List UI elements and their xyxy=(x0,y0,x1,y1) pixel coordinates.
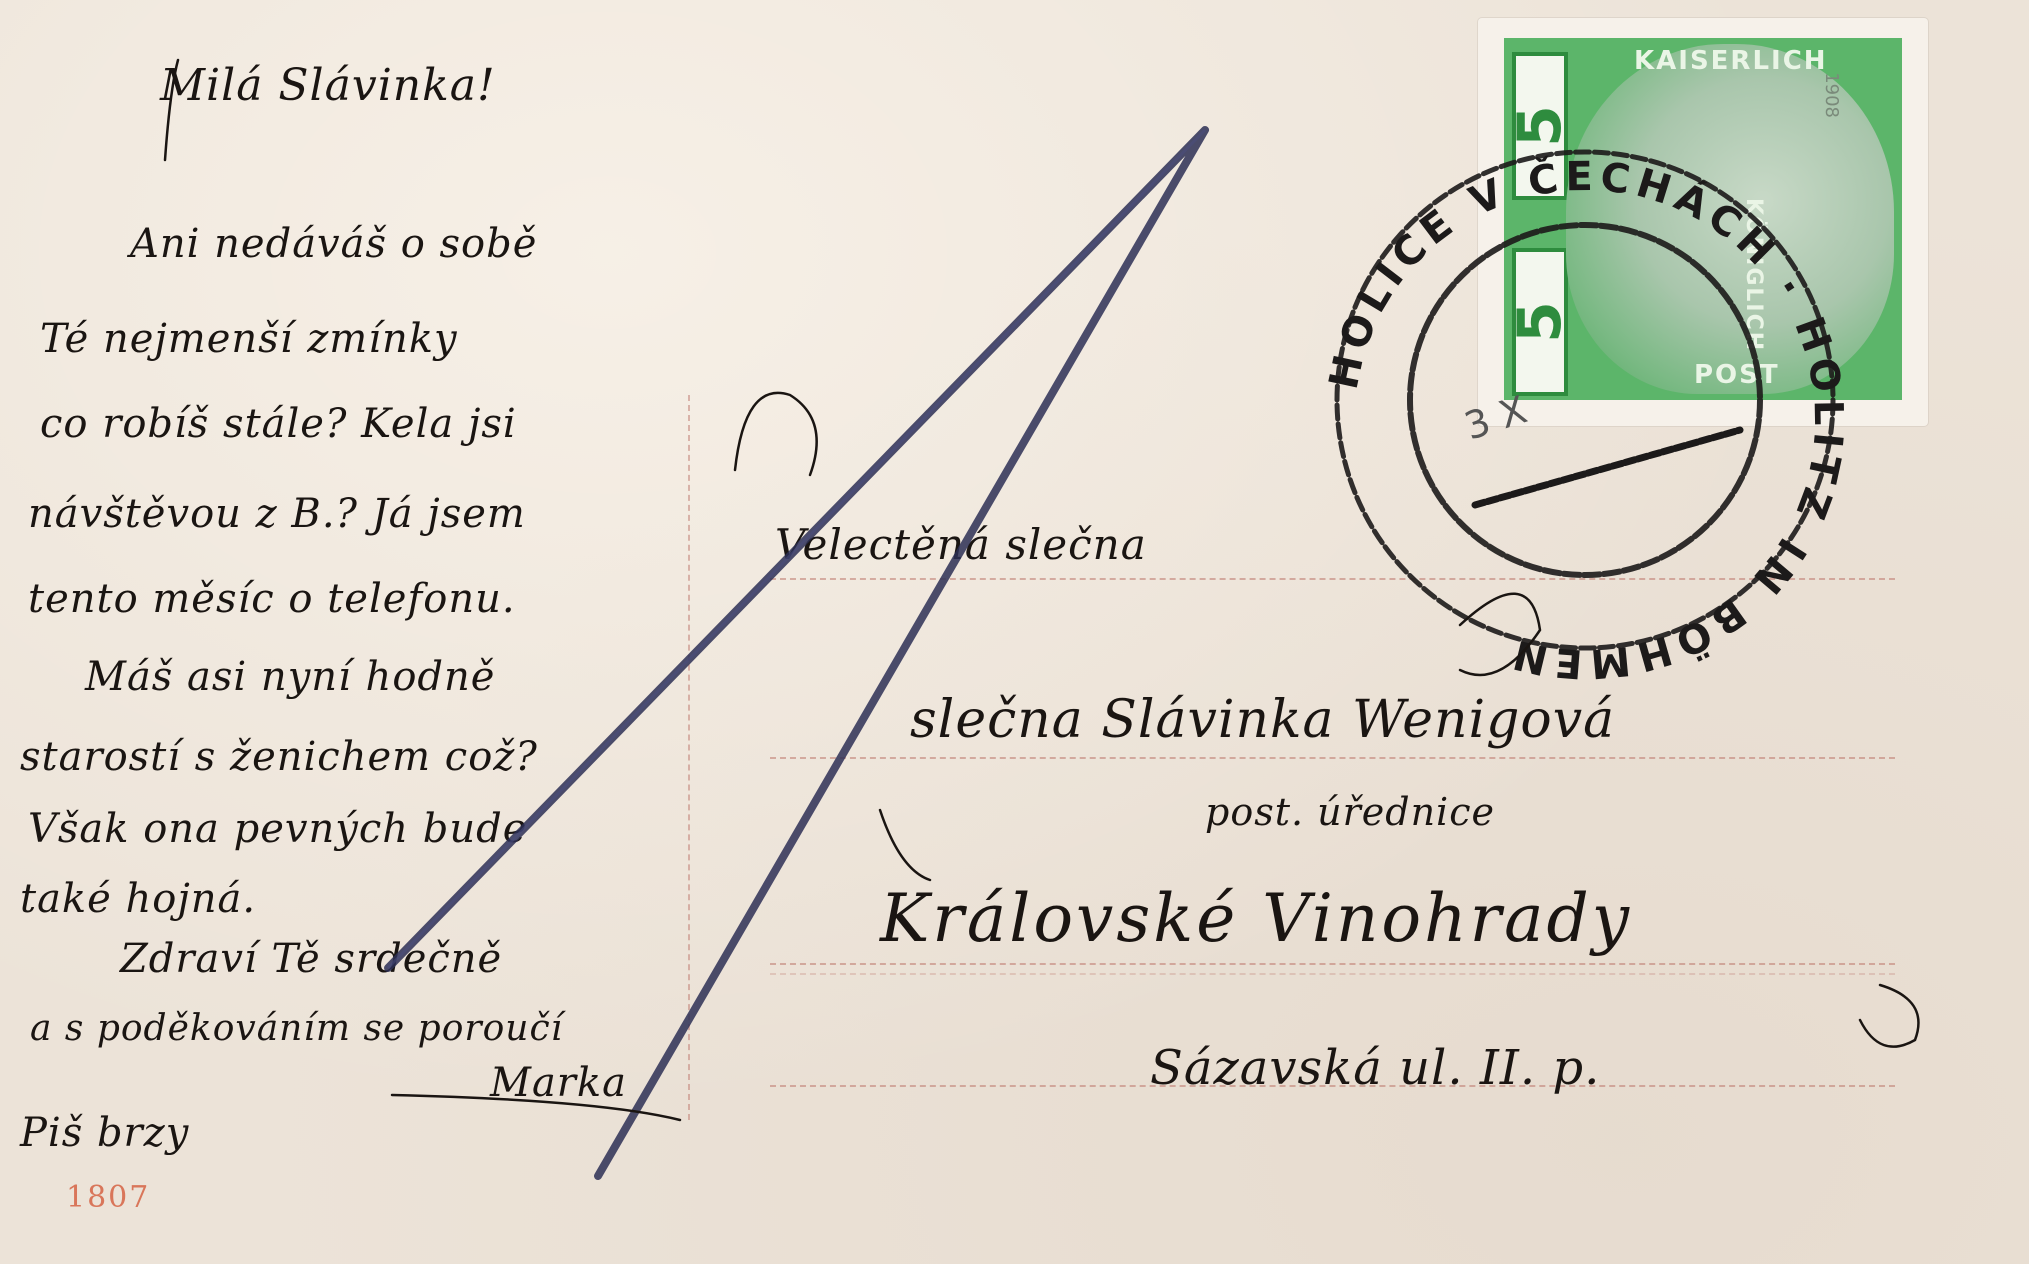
postmark-text: HOLICE V ČECHÁCH · HOLITZ IN BÖHMEN xyxy=(1321,153,1851,687)
ink-overlay: HOLICE V ČECHÁCH · HOLITZ IN BÖHMEN 3 X xyxy=(0,0,2029,1264)
postmark-date: 3 X xyxy=(1459,387,1532,448)
ink-flourishes xyxy=(165,60,1918,1120)
postcard: Milá Slávinka! Ani nedáváš o sobě Té nej… xyxy=(0,0,2029,1264)
pencil-check-mark xyxy=(388,130,1205,1176)
